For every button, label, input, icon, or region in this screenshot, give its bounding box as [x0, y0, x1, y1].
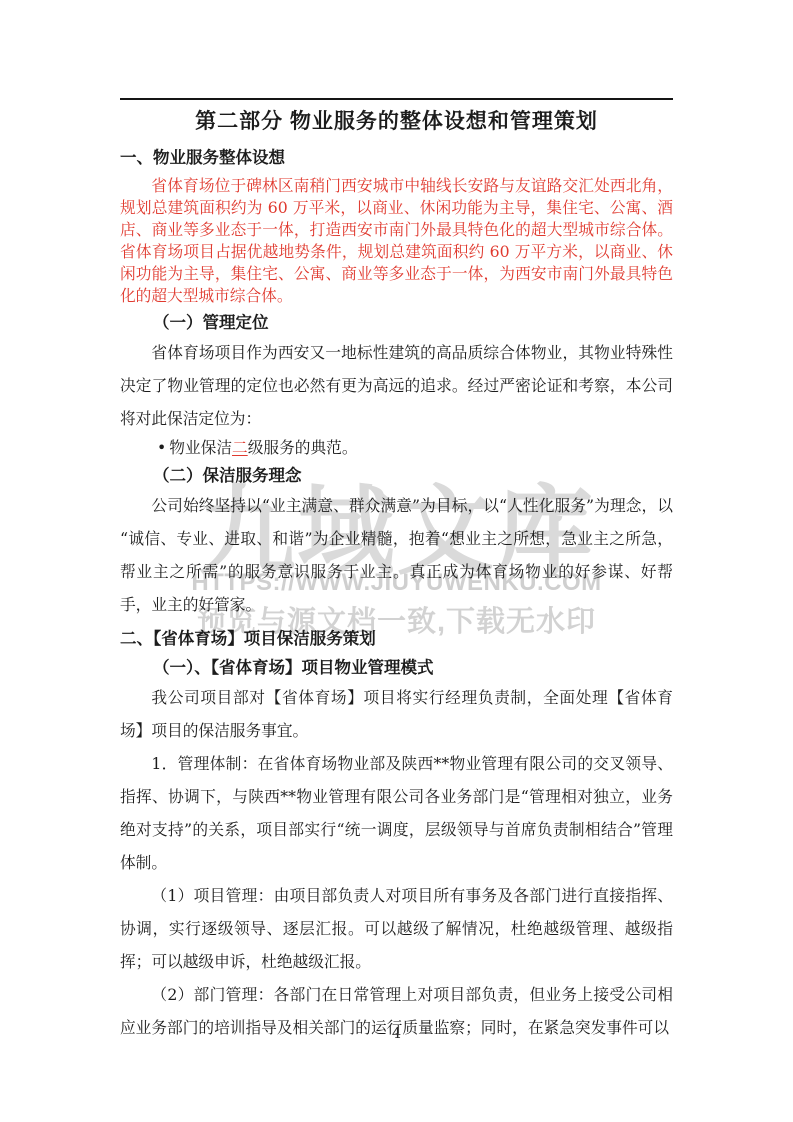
heading-section-2: 二、【省体育场】项目保洁服务策划: [120, 627, 673, 652]
paragraph-management-system: 1．管理体制：在省体育场物业部及陕西**物业管理有限公司的交叉领导、指挥、协调下…: [120, 747, 673, 879]
heading-management-mode: （一）、【省体育场】项目物业管理模式: [120, 656, 673, 681]
header-rule: [120, 98, 673, 100]
bullet-text-post: 级服务的典范。: [248, 438, 358, 457]
bullet-text-pre: 物业保洁: [169, 438, 232, 457]
document-page: 九域文库 HTTPS://WWW.JIUYUWENKU.COM 预览与源文档一致…: [0, 0, 793, 1122]
bullet-item: •物业保洁二级服务的典范。: [120, 435, 673, 460]
paragraph-project-management: （1）项目管理：由项目部负责人对项目所有事务及各部门进行直接指挥、协调，实行逐级…: [120, 879, 673, 978]
page-number: 4: [0, 1026, 793, 1042]
bullet-text-highlight: 二: [232, 438, 248, 457]
document-title: 第二部分 物业服务的整体设想和管理策划: [120, 104, 673, 140]
paragraph-service-philosophy: 公司始终坚持以“业主满意、群众满意”为目标，以“人性化服务”为理念，以“诚信、专…: [120, 489, 673, 621]
page-content: 第二部分 物业服务的整体设想和管理策划 一、物业服务整体设想 省体育场位于碑林区…: [120, 98, 673, 1044]
bullet-marker: •: [157, 438, 166, 457]
paragraph-positioning: 省体育场项目作为西安又一地标性建筑的高品质综合体物业，其物业特殊性决定了物业管理…: [120, 336, 673, 435]
heading-cleaning-philosophy: （二）保洁服务理念: [120, 464, 673, 489]
paragraph-project-intro: 省体育场位于碑林区南稍门西安城市中轴线长安路与友谊路交汇处西北角，规划总建筑面积…: [120, 175, 673, 307]
paragraph-management-mode: 我公司项目部对【省体育场】项目将实行经理负责制，全面处理【省体育场】项目的保洁服…: [120, 681, 673, 747]
heading-management-positioning: （一）管理定位: [120, 311, 673, 336]
heading-section-1: 一、物业服务整体设想: [120, 146, 673, 171]
